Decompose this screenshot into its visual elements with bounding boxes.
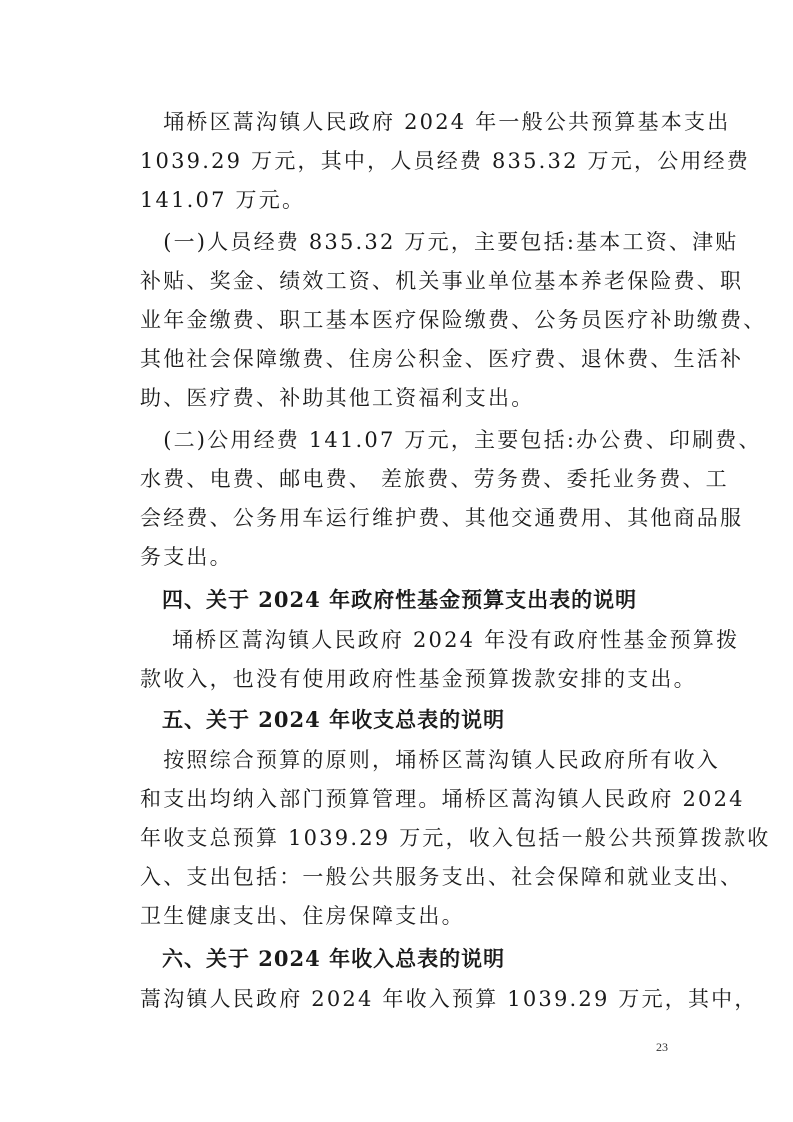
section-heading-6: 六、关于 2024 年收入总表的说明 [140,945,680,973]
document-page: 埇桥区蒿沟镇人民政府 2024 年一般公共预算基本支出 1039.29 万元，其… [0,0,793,1122]
section-heading-4: 四、关于 2024 年政府性基金预算支出表的说明 [140,586,680,614]
paragraph-line: 补贴、奖金、绩效工资、机关事业单位基本养老保险费、职 [140,267,680,295]
paragraph-line: (一)人员经费 835.32 万元，主要包括:基本工资、津贴 [140,228,680,256]
paragraph-line: 水费、电费、邮电费、 差旅费、劳务费、委托业务费、工 [140,465,680,493]
paragraph-line: 蒿沟镇人民政府 2024 年收入预算 1039.29 万元，其中， [140,985,680,1013]
paragraph-line: 埇桥区蒿沟镇人民政府 2024 年一般公共预算基本支出 [140,108,680,136]
paragraph-line: 1039.29 万元，其中，人员经费 835.32 万元，公用经费 [140,147,680,175]
paragraph-line: 入、支出包括：一般公共服务支出、社会保障和就业支出、 [140,863,680,891]
paragraph-line: 按照综合预算的原则，埇桥区蒿沟镇人民政府所有收入 [140,746,680,774]
paragraph-line: 业年金缴费、职工基本医疗保险缴费、公务员医疗补助缴费、 [140,306,680,334]
page-number: 23 [656,1040,668,1055]
section-heading-5: 五、关于 2024 年收支总表的说明 [140,706,680,734]
paragraph-line: 助、医疗费、补助其他工资福利支出。 [140,384,680,412]
paragraph-line: 款收入，也没有使用政府性基金预算拨款安排的支出。 [140,665,680,693]
paragraph-line: 卫生健康支出、住房保障支出。 [140,902,680,930]
paragraph-line: 年收支总预算 1039.29 万元，收入包括一般公共预算拨款收 [140,824,680,852]
paragraph-line: 会经费、公务用车运行维护费、其他交通费用、其他商品服 [140,504,680,532]
paragraph-line: 其他社会保障缴费、住房公积金、医疗费、退休费、生活补 [140,345,680,373]
paragraph-line: 埇桥区蒿沟镇人民政府 2024 年没有政府性基金预算拨 [140,626,680,654]
paragraph-line: 和支出均纳入部门预算管理。埇桥区蒿沟镇人民政府 2024 [140,785,680,813]
paragraph-line: (二)公用经费 141.07 万元，主要包括:办公费、印刷费、 [140,426,680,454]
paragraph-line: 务支出。 [140,543,680,571]
paragraph-line: 141.07 万元。 [140,186,680,214]
